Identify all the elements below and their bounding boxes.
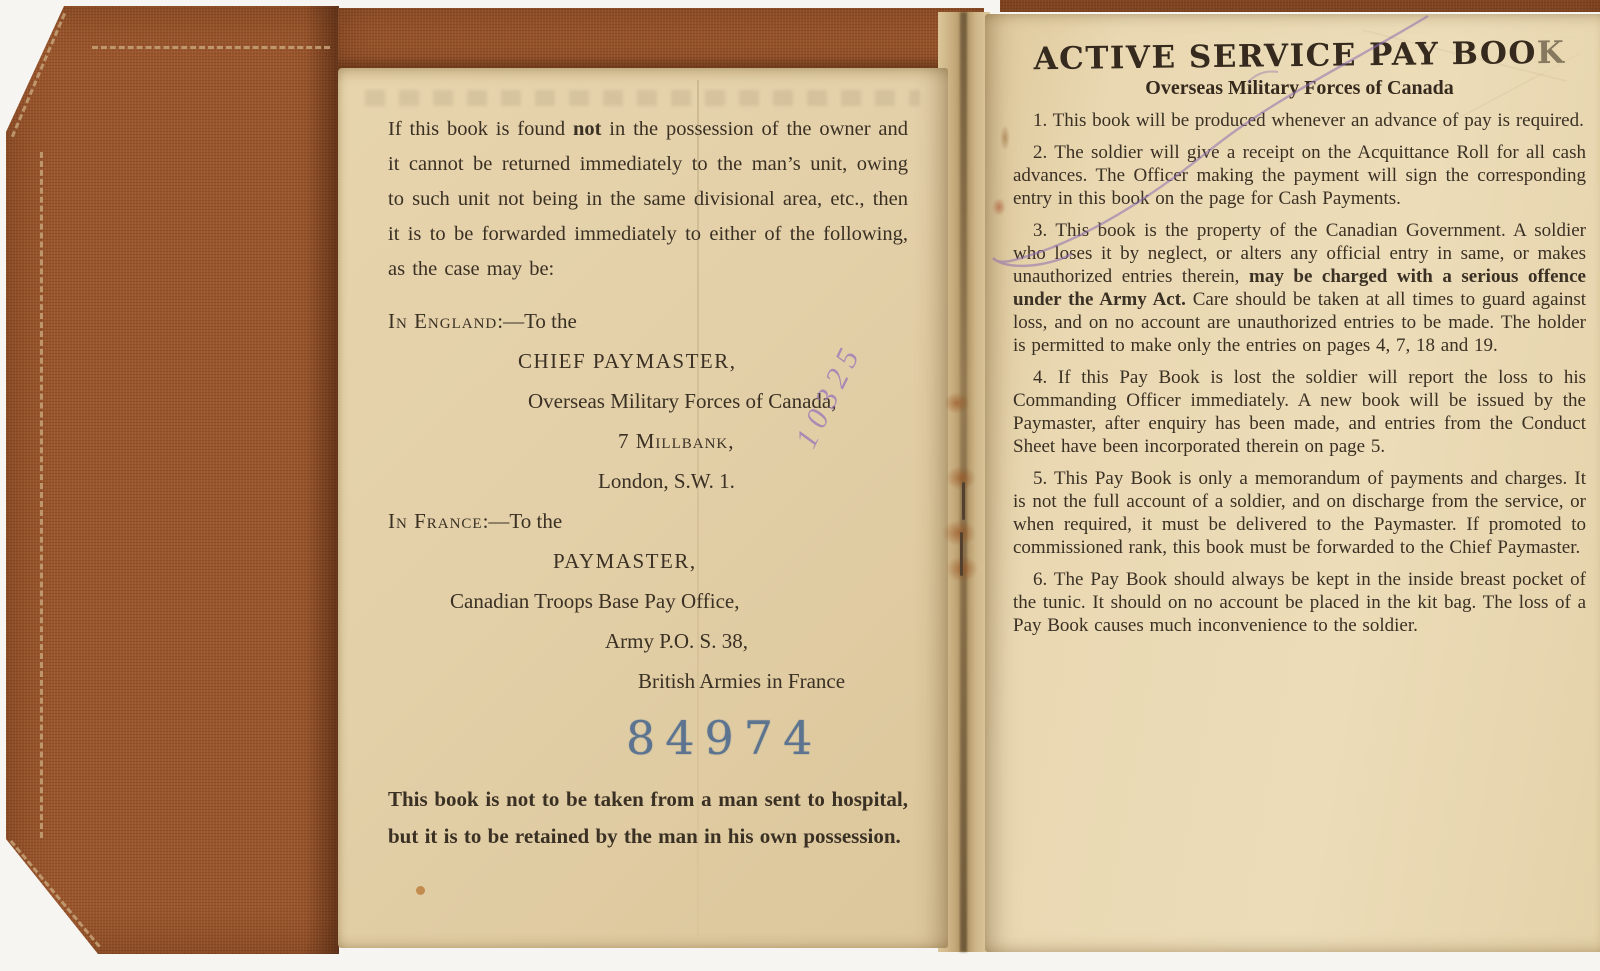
- paragraph-text: 5. This Pay Book is only a memorandum of…: [1013, 468, 1586, 558]
- instruction-paragraph-4: 4. If this Pay Book is lost the soldier …: [1013, 366, 1586, 458]
- instruction-paragraph-6: 6. The Pay Book should always be kept in…: [1013, 568, 1586, 637]
- england-label-rest: :—To the: [497, 309, 577, 333]
- instruction-paragraph-2: 2. The soldier will give a receipt on th…: [1013, 141, 1586, 210]
- instruction-paragraph-1: 1. This book will be produced whenever a…: [1013, 109, 1586, 132]
- address-line: Overseas Military Forces of Canada,: [528, 381, 908, 421]
- address-line: PAYMASTER,: [553, 541, 908, 581]
- found-notice-bold: not: [573, 118, 601, 140]
- serial-number-stamp: 84974: [388, 711, 908, 765]
- cover-top-edge-right: [1000, 0, 1600, 12]
- address-line: British Armies in France: [638, 661, 908, 701]
- cover-top-edge: [338, 8, 984, 70]
- hospital-notice: This book is not to be taken from a man …: [388, 781, 908, 855]
- cover-flap: [6, 6, 339, 954]
- found-notice-paragraph: If this book is found not in the possess…: [388, 112, 908, 287]
- address-line: CHIEF PAYMASTER,: [518, 341, 908, 381]
- paragraph-text: 4. If this Pay Book is lost the soldier …: [1013, 367, 1586, 457]
- paybook-scan: If this book is found not in the possess…: [0, 0, 1600, 971]
- right-page-content: ACTIVE SERVICE PAY BOOK Overseas Militar…: [985, 14, 1600, 637]
- left-page: If this book is found not in the possess…: [338, 68, 948, 948]
- france-heading: In France:—To the: [388, 501, 908, 541]
- found-notice-text: If this book is found: [388, 118, 573, 140]
- staple-icon: [962, 482, 965, 520]
- france-label: In France: [388, 509, 483, 533]
- right-page: ACTIVE SERVICE PAY BOOK Overseas Militar…: [985, 14, 1600, 952]
- address-line: Canadian Troops Base Pay Office,: [450, 581, 908, 621]
- left-page-content: If this book is found not in the possess…: [338, 68, 948, 855]
- stitching-top: [92, 46, 330, 49]
- instruction-paragraph-3: 3. This book is the property of the Cana…: [1013, 219, 1586, 357]
- paragraph-text: 6. The Pay Book should always be kept in…: [1013, 569, 1586, 636]
- rust-stain: [946, 466, 976, 490]
- address-line: London, S.W. 1.: [598, 461, 908, 501]
- found-notice-text: in the possession of the owner and it ca…: [388, 118, 908, 280]
- france-label-rest: :—To the: [483, 509, 563, 533]
- rust-stain: [942, 520, 976, 546]
- forwarding-addresses: In England:—To the CHIEF PAYMASTER, Over…: [388, 301, 908, 701]
- address-line: Army P.O. S. 38,: [605, 621, 908, 661]
- paragraph-text: 1. This book will be produced whenever a…: [1033, 110, 1584, 131]
- page-title: ACTIVE SERVICE PAY BOOK: [1013, 35, 1586, 78]
- address-line: 7 Millbank,: [618, 421, 908, 461]
- staple-icon: [960, 532, 963, 576]
- england-heading: In England:—To the: [388, 301, 908, 341]
- paragraph-text: 2. The soldier will give a receipt on th…: [1013, 142, 1586, 209]
- england-label: In England: [388, 309, 497, 333]
- stitching-left: [40, 152, 43, 838]
- instruction-paragraph-5: 5. This Pay Book is only a memorandum of…: [1013, 467, 1586, 559]
- rust-stain: [944, 392, 970, 414]
- page-subtitle: Overseas Military Forces of Canada: [1013, 77, 1586, 100]
